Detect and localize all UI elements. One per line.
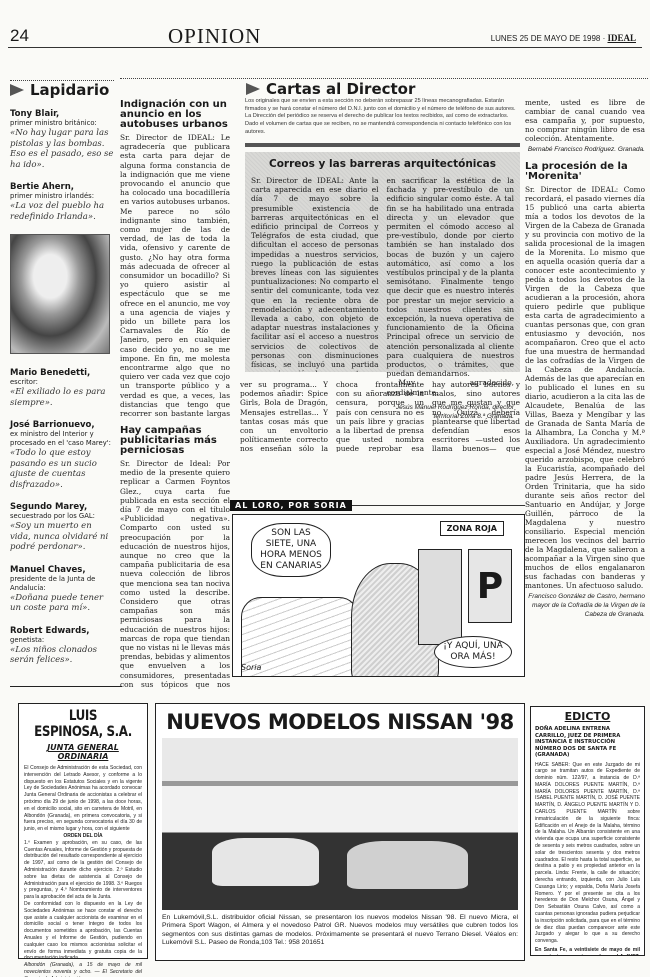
cartas-title: Cartas al Director <box>266 80 415 98</box>
ad-caption: En Lukemóvil,S.L. distribuidor oficial N… <box>162 914 518 948</box>
cartas-rule <box>120 78 648 79</box>
comic-strip: P ZONA ROJA SON LAS SIETE, UNA HORA MENO… <box>232 514 525 677</box>
letter-title: Hay campañas publicitarias más pernicios… <box>120 426 230 456</box>
quote: José Barrionuevo, ex ministro del Interi… <box>10 420 114 490</box>
quote-author: Robert Edwards, <box>10 626 114 636</box>
edicto-title: EDICTO <box>535 710 640 723</box>
letter-signature: Francisco González de Castro, hermano ma… <box>525 592 645 619</box>
parking-sign: P <box>468 549 512 623</box>
feature-letter: Correos y las barreras arquitectónicas S… <box>245 152 520 372</box>
quote-role: ex ministro del Interior y procesado en … <box>10 430 114 448</box>
feature-title: Correos y las barreras arquitectónicas <box>251 158 514 170</box>
ad-orden: ORDEN DEL DÍA <box>24 833 142 840</box>
quote: Bertie Ahern, primer ministro irlandés: … <box>10 182 114 222</box>
triangle-icon <box>246 83 260 95</box>
quote-text: «Doñana puede tener un coste para mí». <box>10 593 114 614</box>
header-rule <box>8 47 642 48</box>
quote-role: presidente de la Junta de Andalucía: <box>10 575 114 593</box>
letter-indignacion: Indignación con un anuncio en los autobu… <box>120 98 230 418</box>
car-photo <box>212 838 319 886</box>
ad-heading: JUNTA GENERAL ORDINARIA <box>24 743 142 761</box>
portrait-photo <box>10 234 110 354</box>
page-number: 24 <box>10 26 29 46</box>
feature-body-left: Sr. Director de IDEAL: Ante la carta apa… <box>251 176 379 372</box>
dateline: LUNES 25 DE MAYO DE 1998 · IDEAL <box>491 33 636 43</box>
quote-author: Segundo Marey, <box>10 502 114 512</box>
letter-continued-2: choca frontalmente con su añoranza de la… <box>336 380 424 452</box>
feature-bar <box>245 143 520 147</box>
paper-name: IDEAL <box>607 33 636 43</box>
lapidario-heading: Lapidario <box>10 81 114 99</box>
quote-text: «El exiliado lo es para siempre». <box>10 387 114 408</box>
quote-author: Mario Benedetti, <box>10 368 114 378</box>
letter-continued-1: ver su programa... Y podemos añadir: Spi… <box>240 380 328 452</box>
quote-text: «Todo lo que estoy pasando es un sucio a… <box>10 448 114 490</box>
ad-footer: Albondón (Granada), a 15 de mayo de mil … <box>24 962 142 977</box>
ad-headline: NUEVOS MODELOS NISSAN '98 <box>162 710 518 734</box>
quote: Segundo Marey, secuestrado por los GAL: … <box>10 502 114 553</box>
ad-nissan: NUEVOS MODELOS NISSAN '98 En Lukemóvil,S… <box>155 703 525 961</box>
quote-author: Manuel Chaves, <box>10 565 114 575</box>
cartas-intro: Los originales que se envíen a esta secc… <box>245 98 520 137</box>
quote: Robert Edwards, genetista: «Los niños cl… <box>10 626 114 666</box>
quote-text: «Soy un muerto en vida, nunca olvidaré n… <box>10 521 114 553</box>
cartas-heading: Cartas al Director <box>246 80 415 98</box>
artist-signature: Soria <box>241 663 261 672</box>
quote-text: «No hay lugar para las pistolas y las bo… <box>10 128 114 170</box>
quote-role: secuestrado por los GAL: <box>10 512 114 521</box>
letter-title: Indignación con un anuncio en los autobu… <box>120 100 230 130</box>
letter-body: Sr. Director de IDEAL: Como recordará, e… <box>525 185 645 590</box>
ad-body: El Consejo de Administración de esta Soc… <box>24 765 142 977</box>
ad-closing: De conformidad con lo dispuesto en la Le… <box>24 901 142 962</box>
date: LUNES 25 DE MAYO DE 1998 <box>491 34 601 43</box>
speech-bubble-bottom: ¡Y AQUÍ, UNA ORA MÁS! <box>434 636 512 668</box>
zona-sign: ZONA ROJA <box>440 521 504 536</box>
letter-campanas: Hay campañas publicitarias más pernicios… <box>120 424 230 689</box>
letter-body: Sr. Director de Ideal: Por medio de la p… <box>120 459 230 689</box>
ad-intro: El Consejo de Administración de esta Soc… <box>24 765 142 833</box>
letter-body: Sr. Director de IDEAL: Le agradecería qu… <box>120 133 230 418</box>
ad-edicto: EDICTO DOÑA ADELINA ENTRENA CARRILLO, JU… <box>530 706 645 956</box>
quote-text: «La voz del pueblo ha redefinido Irlanda… <box>10 201 114 222</box>
quote-role: primer ministro irlandés: <box>10 192 114 201</box>
letter-continued-3: hay autores buenos y malos, sino autores… <box>432 380 520 452</box>
quote: Manuel Chaves, presidente de la Junta de… <box>10 565 114 614</box>
right-column: mente, usted es libre de cambiar de cana… <box>525 98 645 688</box>
parking-meter <box>418 549 462 645</box>
quote-role: primer ministro británico: <box>10 119 114 128</box>
feature-body-right: en sacrificar la estética de la fachada … <box>387 176 515 378</box>
edicto-body: HACE SABER: Que en este Juzgado de mi ca… <box>535 762 640 946</box>
quote-author: José Barrionuevo, <box>10 420 114 430</box>
ad-items: 1.º Examen y aprobación, en su caso, de … <box>24 840 142 901</box>
dealership-photo <box>162 738 518 910</box>
quote: Tony Blair, primer ministro británico: «… <box>10 109 114 170</box>
triangle-icon <box>10 84 24 96</box>
letter-continued-end: mente, usted es libre de cambiar de cana… <box>525 98 645 143</box>
comic-label: AL LORO, POR SORIA <box>230 500 352 511</box>
edicto-heading: DOÑA ADELINA ENTRENA CARRILLO, JUEZ DE P… <box>535 726 640 759</box>
speech-bubble-top: SON LAS SIETE, UNA HORA MENOS EN CANARIA… <box>251 523 331 577</box>
quote-role: escritor: <box>10 378 114 387</box>
letter-signature: Bernabé Francisco Rodríguez. Granada. <box>525 145 645 154</box>
ad-luis-espinosa: LUIS ESPINOSA, S.A. JUNTA GENERAL ORDINA… <box>18 703 148 959</box>
lapidario-title: Lapidario <box>30 81 109 99</box>
car-photo <box>347 841 468 889</box>
quote-role: genetista: <box>10 636 114 645</box>
edicto-footer: En Santa Fe, a veintisiete de mayo de mi… <box>535 947 640 956</box>
quote-author: Bertie Ahern, <box>10 182 114 192</box>
ad-company: LUIS ESPINOSA, S.A. <box>33 708 133 740</box>
lapidario-column: Lapidario Tony Blair, primer ministro br… <box>10 96 114 678</box>
letter-title: La procesión de la 'Morenita' <box>525 162 645 182</box>
quote-text: «Los niños clonados serán felices». <box>10 645 114 666</box>
lapidario-end-rule <box>10 686 122 687</box>
section-title: OPINION <box>168 24 261 49</box>
quote-author: Tony Blair, <box>10 109 114 119</box>
quote: Mario Benedetti, escritor: «El exiliado … <box>10 368 114 408</box>
